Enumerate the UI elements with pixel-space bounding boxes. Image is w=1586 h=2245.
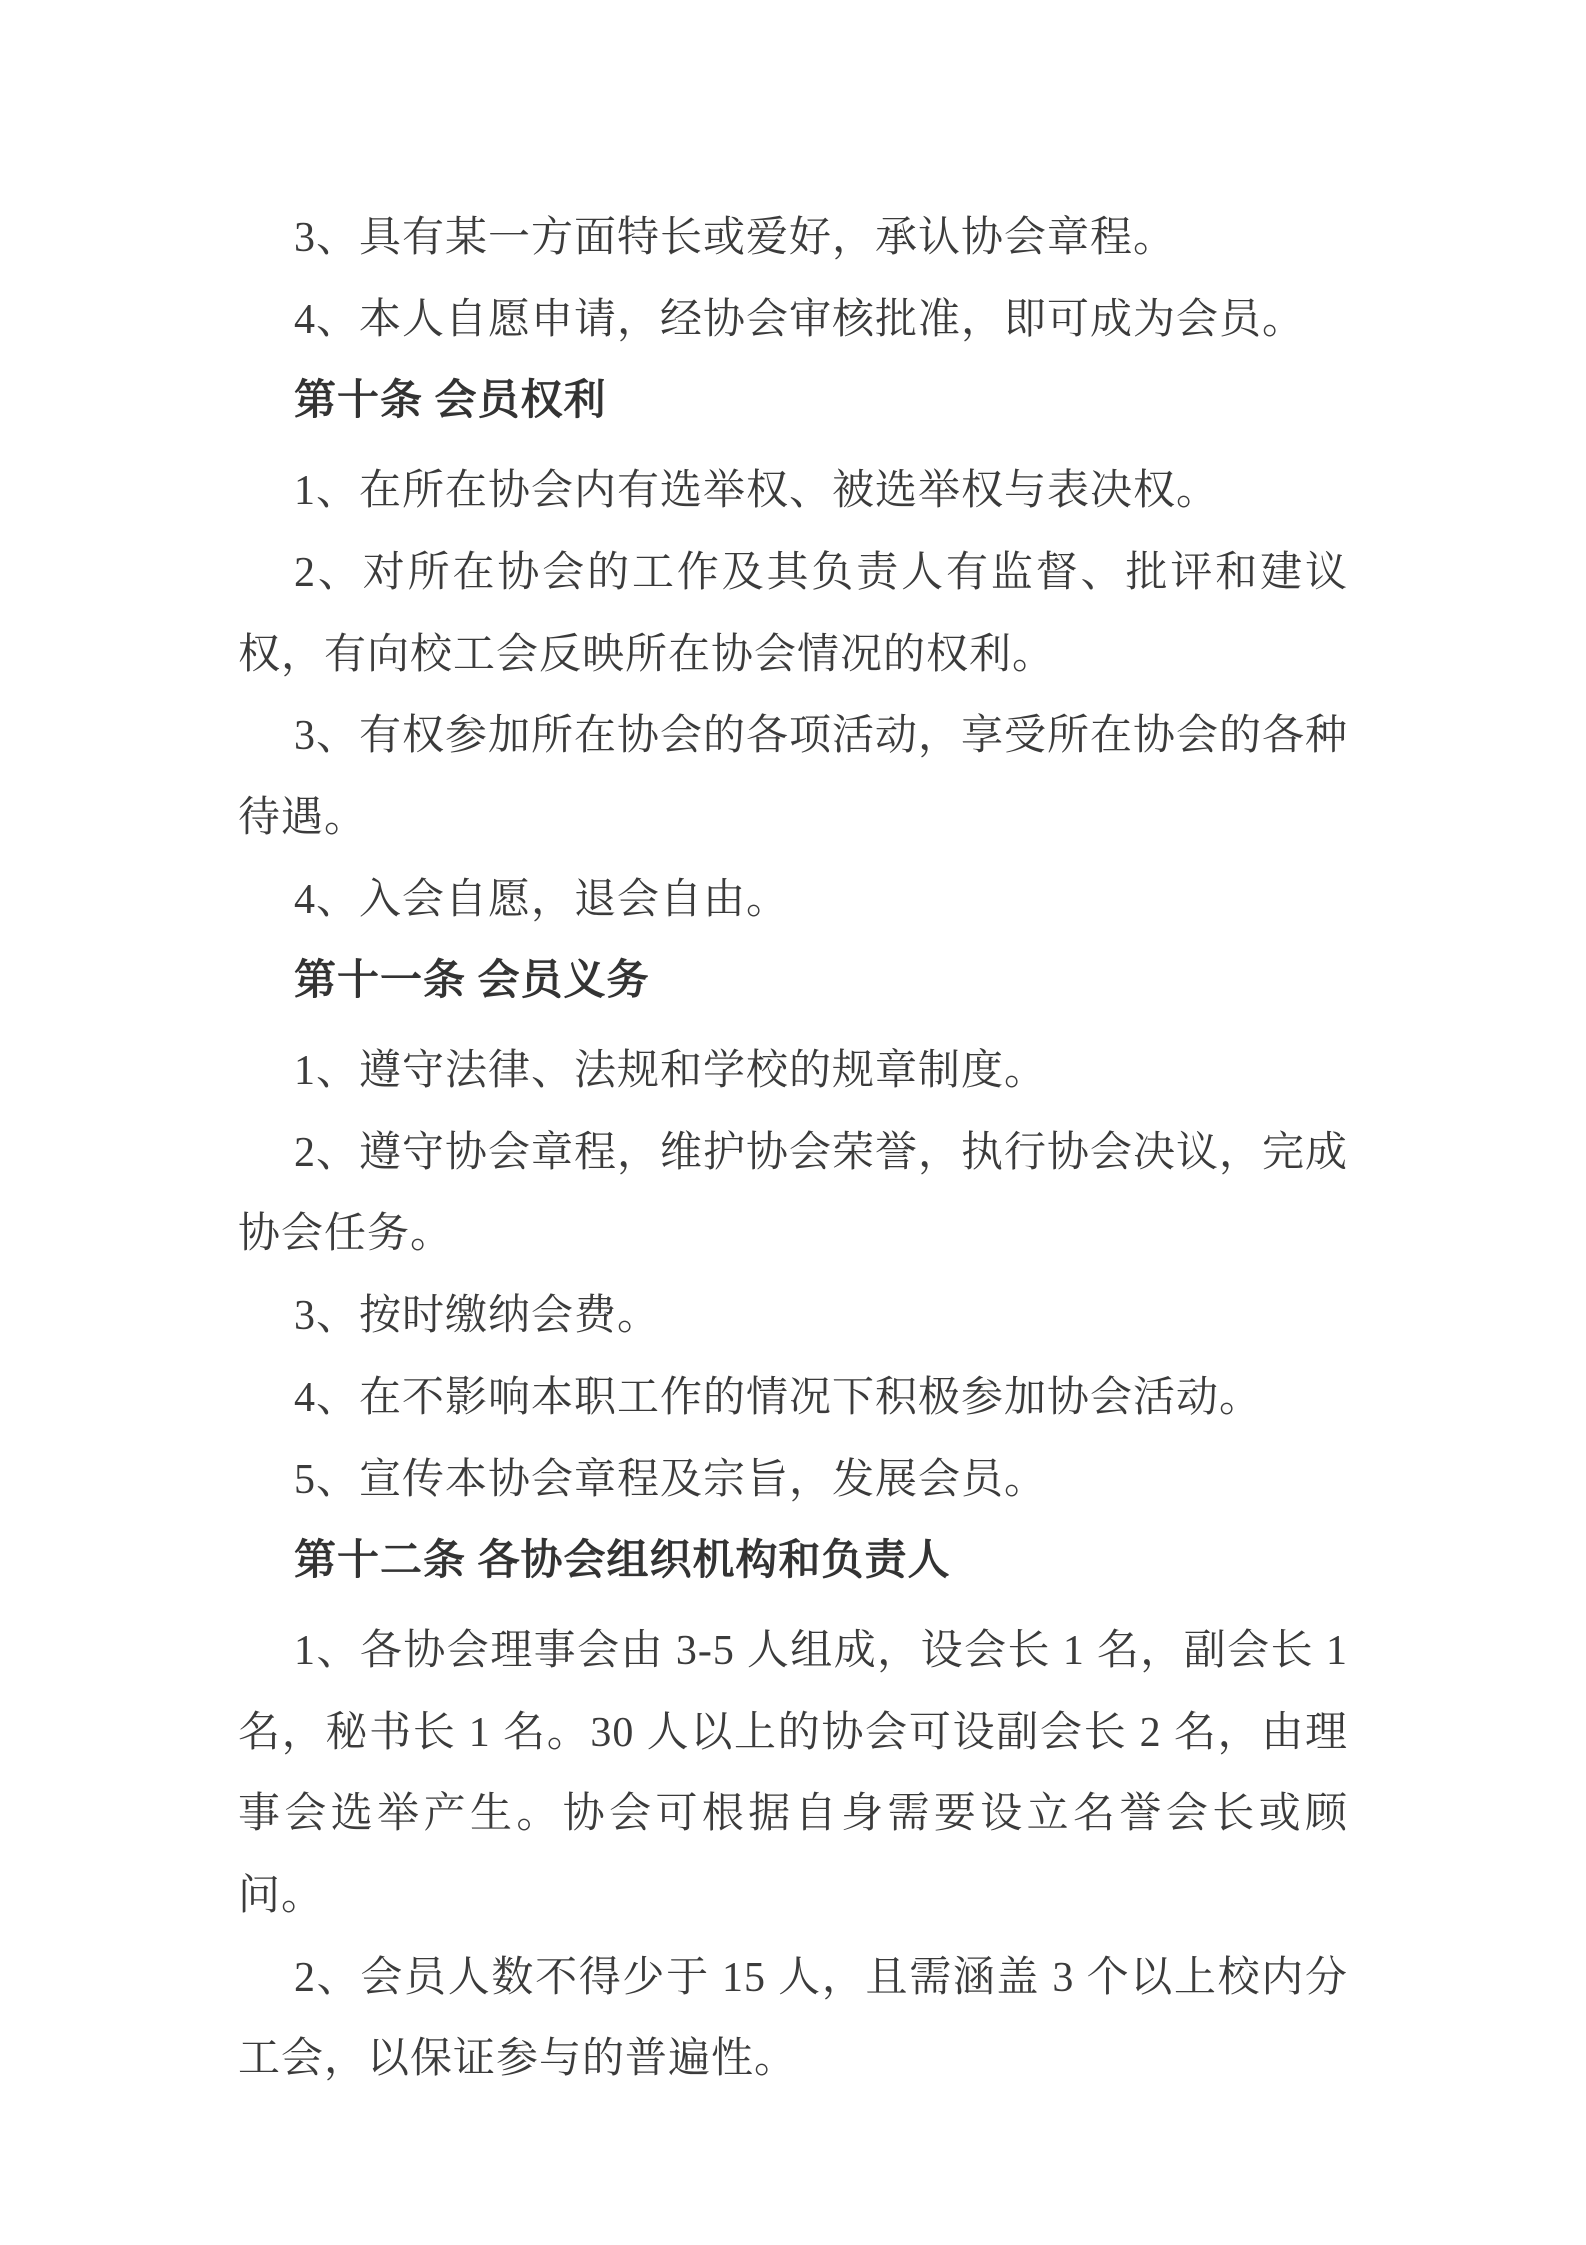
clause-paragraph: 1、遵守法律、法规和学校的规章制度。 (238, 1031, 1348, 1113)
clause-paragraph: 2、会员人数不得少于 15 人，且需涵盖 3 个以上校内分工会，以保证参与的普遍… (238, 1938, 1348, 2101)
clause-paragraph: 4、本人自愿申请，经协会审核批准，即可成为会员。 (238, 280, 1348, 362)
clause-paragraph: 1、在所在协会内有选举权、被选举权与表决权。 (238, 451, 1348, 533)
clause-paragraph: 3、有权参加所在协会的各项活动，享受所在协会的各种待遇。 (238, 696, 1348, 859)
clause-paragraph: 1、各协会理事会由 3-5 人组成，设会长 1 名，副会长 1 名，秘书长 1 … (238, 1611, 1348, 1938)
clause-paragraph: 2、遵守协会章程，维护协会荣誉，执行协会决议，完成协会任务。 (238, 1113, 1348, 1276)
clause-paragraph: 3、具有某一方面特长或爱好，承认协会章程。 (238, 198, 1348, 280)
clause-paragraph: 5、宣传本协会章程及宗旨，发展会员。 (238, 1440, 1348, 1522)
article-heading-11: 第十一条 会员义务 (238, 941, 1348, 1023)
clause-paragraph: 4、在不影响本职工作的情况下积极参加协会活动。 (238, 1358, 1348, 1440)
clause-paragraph: 4、入会自愿，退会自由。 (238, 860, 1348, 942)
article-heading-10: 第十条 会员权利 (238, 361, 1348, 443)
article-heading-12: 第十二条 各协会组织机构和负责人 (238, 1521, 1348, 1603)
document-page: 3、具有某一方面特长或爱好，承认协会章程。 4、本人自愿申请，经协会审核批准，即… (0, 0, 1586, 2245)
clause-paragraph: 2、对所在协会的工作及其负责人有监督、批评和建议权，有向校工会反映所在协会情况的… (238, 533, 1348, 696)
clause-paragraph: 3、按时缴纳会费。 (238, 1276, 1348, 1358)
document-body: 3、具有某一方面特长或爱好，承认协会章程。 4、本人自愿申请，经协会审核批准，即… (238, 198, 1348, 2101)
